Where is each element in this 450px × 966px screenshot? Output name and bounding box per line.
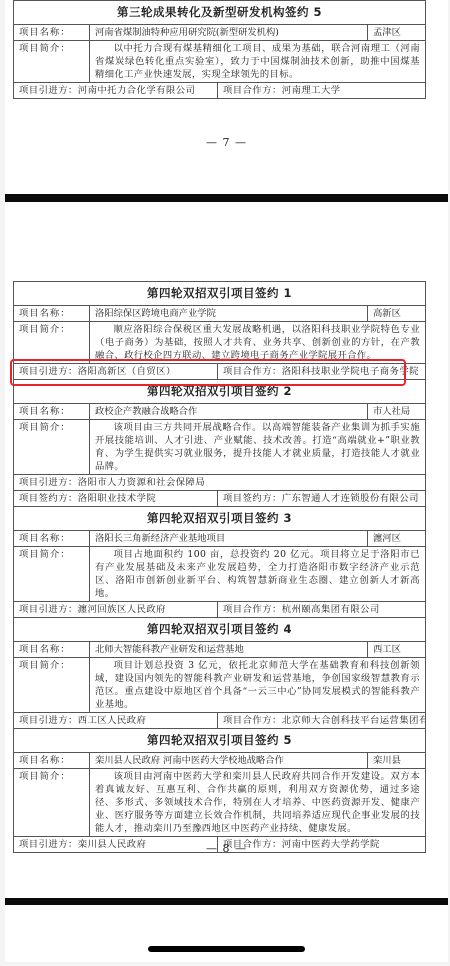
name-label: 项目名称： xyxy=(14,404,90,420)
project-partner: 项目合作方：河南理工大学 xyxy=(218,83,426,99)
name-label: 项目名称： xyxy=(14,753,90,769)
project-table-page-7: 第三轮成果转化及新型研发机构签约 5 项目名称： 河南省煤制油特种应用研究院(新… xyxy=(13,0,426,99)
project-district: 栾川县 xyxy=(368,753,426,769)
project-introducer: 项目引进方：瀍河回族区人民政府 xyxy=(14,602,218,618)
project-partner: 项目合作方：杭州颐高集团有限公司 xyxy=(218,602,426,618)
project-block-r4-5: 第四轮双招双引项目签约 5 xyxy=(14,729,426,753)
project-intro: 顺应洛阳综合保税区重大发展战略机遇，以洛阳科技职业学院特色专业（电子商务）为基础… xyxy=(90,322,426,364)
project-title: 第三轮成果转化及新型研发机构签约 5 xyxy=(14,1,426,25)
project-block-r4-3: 第四轮双招双引项目签约 3 xyxy=(14,507,426,531)
project-intro: 项目占地面积约 100 亩，总投资约 20 亿元。项目将立足于洛阳市已有产业发展… xyxy=(90,547,426,602)
intro-label: 项目简介： xyxy=(14,322,90,364)
project-block-r4-4: 第四轮双招双引项目签约 4 xyxy=(14,618,426,642)
page-number: — 8 — xyxy=(5,842,448,855)
project-introducer: 项目引进方：洛阳市人力资源和社会保障局 xyxy=(14,475,426,491)
project-signer-left: 项目签约方：洛阳职业技术学院 xyxy=(14,491,218,507)
project-introducer: 项目引进方：洛阳高新区（自贸区） xyxy=(14,364,218,380)
project-partner: 项目合作方：洛阳科技职业学院电子商务学院 xyxy=(218,364,426,380)
intro-label: 项目简介： xyxy=(14,658,90,713)
project-title: 第四轮双招双引项目签约 4 xyxy=(14,618,426,642)
project-district: 瀍河区 xyxy=(368,531,426,547)
project-table-page-8: 第四轮双招双引项目签约 1 项目名称： 洛阳综保区跨境电商产业学院 高新区 项目… xyxy=(13,281,426,853)
name-label: 项目名称： xyxy=(14,531,90,547)
project-district: 高新区 xyxy=(368,306,426,322)
project-name: 河南省煤制油特种应用研究院(新型研发机构) xyxy=(90,25,368,41)
project-district: 市人社局 xyxy=(368,404,426,420)
project-title: 第四轮双招双引项目签约 5 xyxy=(14,729,426,753)
project-title: 第四轮双招双引项目签约 3 xyxy=(14,507,426,531)
project-intro: 项目计划总投资 3 亿元，依托北京师范大学在基础教育和科技创新领域，建设国内领先… xyxy=(90,658,426,713)
project-introducer: 项目引进方：河南中托力合化学有限公司 xyxy=(14,83,218,99)
project-introducer: 项目引进方：西工区人民政府 xyxy=(14,713,218,729)
project-intro: 以中托力合现有煤基精细化工项目、成果为基础，联合河南理工（河南省煤炭绿色转化重点… xyxy=(90,41,426,83)
page-number: — 7 — xyxy=(5,136,448,149)
project-partner: 项目合作方：北京师大合创科技平台运营集团有限公司 xyxy=(218,713,426,729)
project-name: 政校企产教融合战略合作 xyxy=(90,404,368,420)
intro-label: 项目简介： xyxy=(14,769,90,837)
document-page-8: 第四轮双招双引项目签约 1 项目名称： 洛阳综保区跨境电商产业学院 高新区 项目… xyxy=(5,202,448,898)
project-district: 孟津区 xyxy=(368,25,426,41)
page-separator xyxy=(5,194,448,202)
project-signer-right: 项目签约方：广东智通人才连锁股份有限公司 xyxy=(218,491,426,507)
project-intro: 该项目由三方共同开展战略合作。以高端智能装备产业集训为抓手实施开展技能培训、人才… xyxy=(90,420,426,475)
project-name: 栾川县人民政府 河南中医药大学校地战略合作 xyxy=(90,753,368,769)
project-district: 西工区 xyxy=(368,642,426,658)
home-indicator-bar[interactable] xyxy=(148,946,305,952)
name-label: 项目名称： xyxy=(14,642,90,658)
document-page-7: 第三轮成果转化及新型研发机构签约 5 项目名称： 河南省煤制油特种应用研究院(新… xyxy=(5,0,448,194)
project-intro: 该项目由河南中医药大学和栾川县人民政府共同合作开发建设。双方本着真诚友好、互惠互… xyxy=(90,769,426,837)
intro-label: 项目简介： xyxy=(14,41,90,83)
document-page-blank xyxy=(5,905,448,962)
intro-label: 项目简介： xyxy=(14,547,90,602)
project-name: 洛阳综保区跨境电商产业学院 xyxy=(90,306,368,322)
project-title: 第四轮双招双引项目签约 1 xyxy=(14,282,426,306)
project-block-r3-5: 第三轮成果转化及新型研发机构签约 5 xyxy=(14,1,426,25)
project-name: 北师大智能科教产业研发和运营基地 xyxy=(90,642,368,658)
project-block-r4-1: 第四轮双招双引项目签约 1 xyxy=(14,282,426,306)
intro-label: 项目简介： xyxy=(14,420,90,475)
name-label: 项目名称： xyxy=(14,306,90,322)
project-name: 洛阳长三角新经济产业基地项目 xyxy=(90,531,368,547)
name-label: 项目名称： xyxy=(14,25,90,41)
project-block-r4-2: 第四轮双招双引项目签约 2 xyxy=(14,380,426,404)
project-title: 第四轮双招双引项目签约 2 xyxy=(14,380,426,404)
